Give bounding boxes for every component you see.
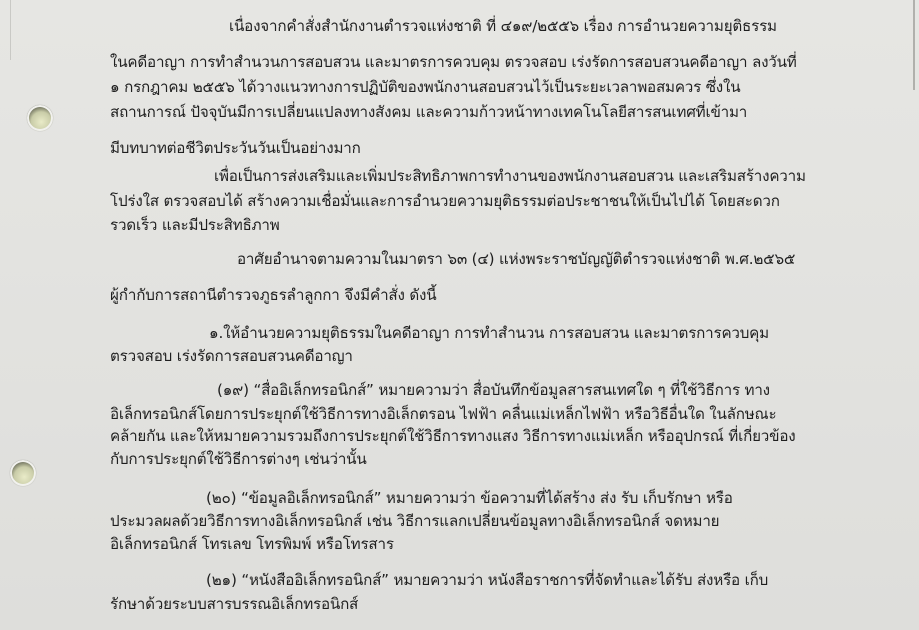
- paper-crease: [10, 0, 11, 60]
- clause1-line-2: ตรวจสอบ เร่งรัดการสอบสวนคดีอาญา: [110, 346, 353, 366]
- definition20-line-1: (๒๐) “ข้อมูลอิเล็กทรอนิกส์” หมายความว่า …: [206, 488, 733, 508]
- definition21-line-1: (๒๑) “หนังสืออิเล็กทรอนิกส์” หมายความว่า…: [206, 570, 768, 590]
- intro-line-3: ๑ กรกฎาคม ๒๕๕๖ ได้วางแนวทางการปฏิบัติของ…: [110, 77, 740, 97]
- purpose-line-1: เพื่อเป็นการส่งเสริมและเพิ่มประสิทธิภาพก…: [214, 166, 806, 186]
- definition19-line-2: อิเล็กทรอนิกส์โดยการประยุกต์ใช้วิธีการทา…: [110, 404, 776, 424]
- intro-line-4: สถานการณ์ ปัจจุบันมีการเปลี่ยนแปลงทางสัง…: [110, 102, 747, 122]
- purpose-line-2: โปร่งใส ตรวจสอบได้ สร้างความเชื่อมั่นและ…: [110, 191, 780, 211]
- purpose-line-3: รวดเร็ว และมีประสิทธิภาพ: [110, 215, 280, 235]
- authority-line-1: อาศัยอำนาจตามความในมาตรา ๖๓ (๔) แห่งพระร…: [237, 249, 795, 269]
- definition19-line-4: กับการประยุกต์ใช้วิธีการต่างๆ เช่นว่านั้…: [110, 449, 367, 469]
- definition19-line-3: คล้ายกัน และให้หมายความรวมถึงการประยุกต์…: [110, 426, 795, 446]
- clause1-line-1: ๑.ให้อำนวยความยุติธรรมในคดีอาญา การทำสำน…: [209, 323, 769, 343]
- definition20-line-2: ประมวลผลด้วยวิธีการทางอิเล็กทรอนิกส์ เช่…: [110, 511, 719, 531]
- intro-line-5: มีบทบาทต่อชีวิตประวันวันเป็นอย่างมาก: [110, 138, 361, 158]
- definition20-line-3: อิเล็กทรอนิกส์ โทรเลข โทรพิมพ์ หรือโทรสา…: [110, 534, 394, 554]
- definition21-line-2: รักษาด้วยระบบสารบรรณอิเล็กทรอนิกส์: [110, 594, 358, 614]
- document-page: เนื่องจากคำสั่งสำนักงานตำรวจแห่งชาติ ที่…: [0, 0, 919, 630]
- authority-line-2: ผู้กำกับการสถานีตำรวจภูธรลำลูกกา จึงมีคำ…: [110, 285, 436, 305]
- paper-edge: [913, 0, 915, 90]
- punch-hole-icon: [10, 460, 36, 486]
- intro-line-2: ในคดีอาญา การทำสำนวนการสอบสวน และมาตรการ…: [110, 52, 797, 72]
- intro-line-1: เนื่องจากคำสั่งสำนักงานตำรวจแห่งชาติ ที่…: [229, 16, 777, 36]
- definition19-line-1: (๑๙) “สื่ออิเล็กทรอนิกส์” หมายความว่า สื…: [217, 380, 770, 400]
- punch-hole-icon: [27, 105, 53, 131]
